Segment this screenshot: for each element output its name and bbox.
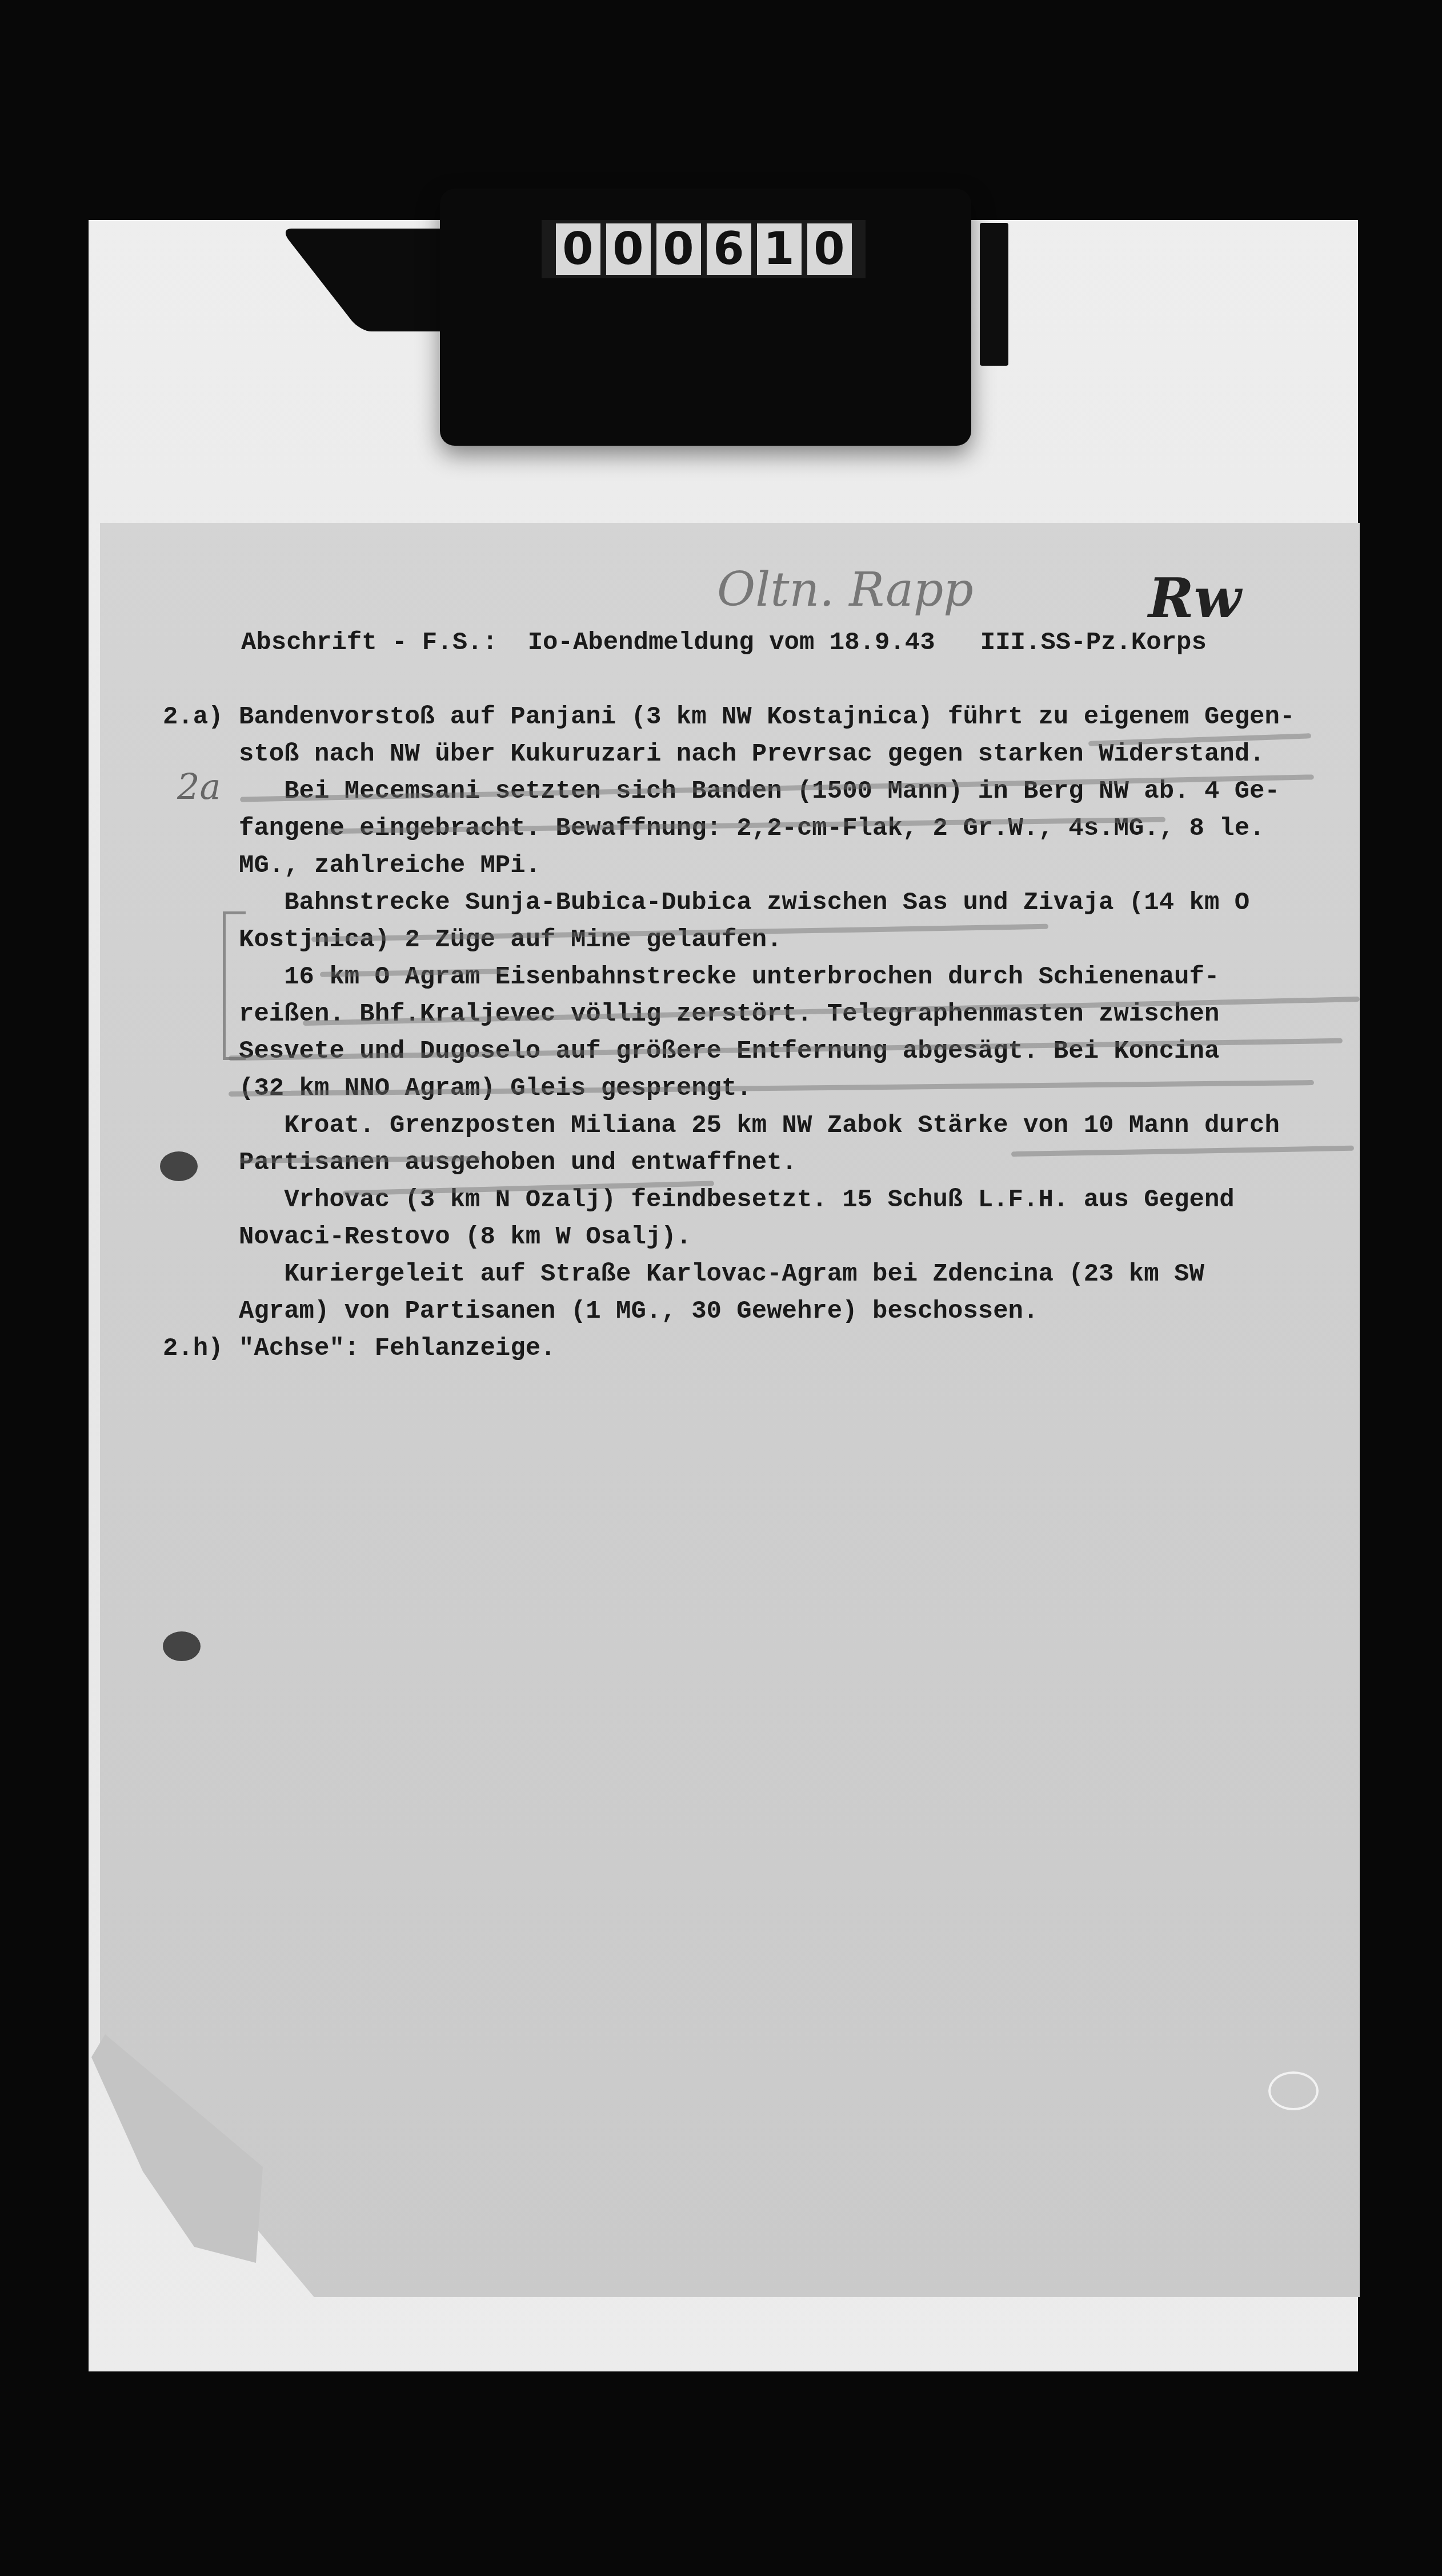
document-line: Kuriergeleit auf Straße Karlovac-Agram b… (239, 1260, 1204, 1289)
counter-digit: 0 (656, 223, 701, 275)
document-line: Novaci-Restovo (8 km W Osalj). (239, 1223, 691, 1251)
frame-counter: 0 0 0 6 1 0 (542, 220, 866, 278)
counter-digit: 0 (556, 223, 600, 275)
document-line: Kroat. Grenzposten Miliana 25 km NW Zabo… (239, 1111, 1280, 1140)
section-label: 2.h) (163, 1334, 223, 1363)
counter-knob (980, 223, 1008, 366)
punch-hole (160, 1151, 198, 1181)
counter-digit: 6 (707, 223, 751, 275)
handwritten-note: Oltn. Rapp (717, 563, 974, 617)
counter-digit: 1 (757, 223, 802, 275)
film-scratch-loop (1268, 2071, 1319, 2110)
document-line: Bandenvorstoß auf Panjani (3 km NW Kosta… (239, 703, 1295, 731)
punch-hole (163, 1631, 201, 1661)
document-line: Partisanen ausgehoben und entwaffnet. (239, 1149, 797, 1177)
document-line: "Achse": Fehlanzeige. (239, 1334, 556, 1363)
document-line: Agram) von Partisanen (1 MG., 30 Gewehre… (239, 1297, 1038, 1326)
section-label: 2.a) (163, 703, 223, 731)
document-line: MG., zahlreiche MPi. (239, 851, 540, 880)
document-line: 16 km O Agram Eisenbahnstrecke unterbroc… (239, 963, 1219, 991)
document-line: Bahnstrecke Sunja-Bubica-Dubica zwischen… (239, 889, 1249, 917)
document-header: Abschrift - F.S.: Io-Abendmeldung vom 18… (241, 629, 1207, 657)
counter-digit: 0 (807, 223, 852, 275)
margin-annotation: 2a (177, 766, 221, 807)
counter-digit: 0 (606, 223, 651, 275)
handwritten-initials: Rw (1148, 566, 1241, 630)
